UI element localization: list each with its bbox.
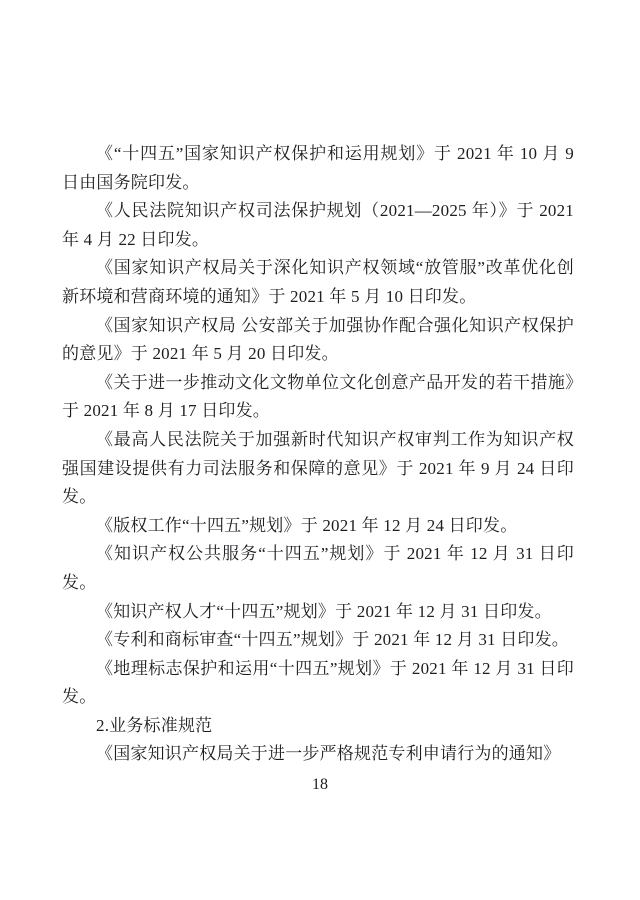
paragraph-cnipa-reform-notice: 《国家知识产权局关于深化知识产权领域“放管服”改革优化创新环境和营商环境的通知》… — [62, 254, 574, 311]
section-heading-business-standards: 2.业务标准规范 — [62, 712, 574, 741]
document-page: 《“十四五”国家知识产权保护和运用规划》于 2021 年 10 月 9 日由国务… — [0, 0, 640, 900]
paragraph-national-ip-protection-plan: 《“十四五”国家知识产权保护和运用规划》于 2021 年 10 月 9 日由国务… — [62, 140, 574, 197]
paragraph-court-judicial-protection-plan: 《人民法院知识产权司法保护规划（2021—2025 年）》于 2021 年 4 … — [62, 197, 574, 254]
document-body: 《“十四五”国家知识产权保护和运用规划》于 2021 年 10 月 9 日由国务… — [62, 140, 574, 769]
page-number: 18 — [0, 776, 640, 794]
paragraph-cultural-creative-measures: 《关于进一步推动文化文物单位文化创意产品开发的若干措施》于 2021 年 8 月… — [62, 369, 574, 426]
paragraph-geographical-indication-plan: 《地理标志保护和运用“十四五”规划》于 2021 年 12 月 31 日印发。 — [62, 655, 574, 712]
paragraph-cnipa-mps-opinion: 《国家知识产权局 公安部关于加强协作配合强化知识产权保护的意见》于 2021 年… — [62, 312, 574, 369]
paragraph-supreme-court-opinion: 《最高人民法院关于加强新时代知识产权审判工作为知识产权强国建设提供有力司法服务和… — [62, 426, 574, 512]
paragraph-copyright-plan: 《版权工作“十四五”规划》于 2021 年 12 月 24 日印发。 — [62, 512, 574, 541]
paragraph-ip-talent-plan: 《知识产权人才“十四五”规划》于 2021 年 12 月 31 日印发。 — [62, 598, 574, 627]
paragraph-patent-application-regulation-notice: 《国家知识产权局关于进一步严格规范专利申请行为的通知》 — [62, 740, 574, 769]
paragraph-patent-trademark-examination-plan: 《专利和商标审查“十四五”规划》于 2021 年 12 月 31 日印发。 — [62, 626, 574, 655]
paragraph-public-service-plan: 《知识产权公共服务“十四五”规划》于 2021 年 12 月 31 日印发。 — [62, 540, 574, 597]
